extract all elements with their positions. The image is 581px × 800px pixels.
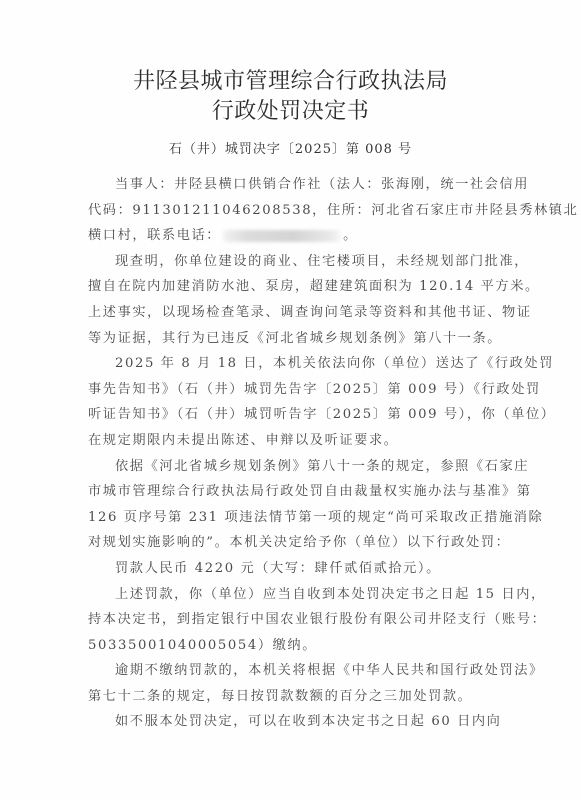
party-line-1: 当事人：井陉县横口供销合作社（法人：张海刚，统一社会信用 <box>88 172 488 198</box>
party-line-3-end: 。 <box>343 228 358 243</box>
basis-line-3: 126 页序号第 231 项违法情节第一项的规定“尚可采取改正措施消除 <box>88 505 488 531</box>
payment-line-1: 上述罚款，你（单位）应当自收到本处罚决定书之日起 15 日内， <box>88 582 488 608</box>
facts-line-1: 现查明，你单位建设的商业、住宅楼项目，未经规划部门批准， <box>88 249 488 275</box>
notice-line-4: 在规定期限内未提出陈述、申辩以及听证要求。 <box>88 428 488 454</box>
appeal-line-1: 如不服本处罚决定，可以在收到本决定书之日起 60 日内向 <box>88 709 488 735</box>
basis-line-2: 市城市管理综合行政执法局行政处罚自由裁量权实施办法与基准》第 <box>88 479 488 505</box>
notice-line-2: 事先告知书》（石（井）城罚先告字〔2025〕第 009 号）《行政处罚 <box>88 377 488 403</box>
redacted-phone-number <box>223 230 341 242</box>
notice-section: 2025 年 8 月 18 日，本机关依法向你（单位）送达了《行政处罚 事先告知… <box>88 351 488 453</box>
document-page: 井陉县城市管理综合行政执法局 行政处罚决定书 石（井）城罚决字〔2025〕第 0… <box>0 0 581 800</box>
document-type-title: 行政处罚决定书 <box>0 94 581 125</box>
party-section: 当事人：井陉县横口供销合作社（法人：张海刚，统一社会信用 代码：91130121… <box>88 172 488 249</box>
payment-section: 上述罚款，你（单位）应当自收到本处罚决定书之日起 15 日内， 持本决定书，到指… <box>88 582 488 659</box>
basis-line-4: 对规划实施影响的”。本机关决定给予你（单位）以下行政处罚： <box>88 530 488 556</box>
document-body: 当事人：井陉县横口供销合作社（法人：张海刚，统一社会信用 代码：91130121… <box>88 172 488 735</box>
phone-label: 横口村，联系电话： <box>88 228 221 243</box>
penalty-amount-line: 罚款人民币 4220 元（大写：肆仟贰佰贰拾元）。 <box>88 556 488 582</box>
penalty-section: 罚款人民币 4220 元（大写：肆仟贰佰贰拾元）。 <box>88 556 488 582</box>
late-line-1: 逾期不缴纳罚款的，本机关将根据《中华人民共和国行政处罚法》 <box>88 658 488 684</box>
facts-line-2: 擅自在院内加建消防水池、泵房，超建建筑面积为 120.14 平方米。 <box>88 274 488 300</box>
notice-line-3: 听证告知书》（石（井）城罚听告字〔2025〕第 009 号），你（单位） <box>88 402 488 428</box>
payment-account-line: 50335001040005054）缴纳。 <box>88 633 488 659</box>
appeal-section: 如不服本处罚决定，可以在收到本决定书之日起 60 日内向 <box>88 709 488 735</box>
party-line-2: 代码：911301211046208538，住所：河北省石家庄市井陉县秀林镇北 <box>88 198 488 224</box>
document-number: 石（井）城罚决字〔2025〕第 008 号 <box>0 138 581 157</box>
basis-line-1: 依据《河北省城乡规划条例》第八十一条的规定，参照《石家庄 <box>88 454 488 480</box>
issuing-authority-title: 井陉县城市管理综合行政执法局 <box>0 64 581 95</box>
party-line-3: 横口村，联系电话：。 <box>88 223 488 249</box>
late-line-2: 第七十二条的规定，每日按罚款数额的百分之三加处罚款。 <box>88 684 488 710</box>
facts-section: 现查明，你单位建设的商业、住宅楼项目，未经规划部门批准， 擅自在院内加建消防水池… <box>88 249 488 351</box>
payment-line-2: 持本决定书，到指定银行中国农业银行股份有限公司井陉支行（账号： <box>88 607 488 633</box>
legal-basis-section: 依据《河北省城乡规划条例》第八十一条的规定，参照《石家庄 市城市管理综合行政执法… <box>88 454 488 556</box>
late-payment-section: 逾期不缴纳罚款的，本机关将根据《中华人民共和国行政处罚法》 第七十二条的规定，每… <box>88 658 488 709</box>
facts-line-4: 等为证据，其行为已违反《河北省城乡规划条例》第八十一条。 <box>88 326 488 352</box>
facts-line-3: 上述事实，以现场检查笔录、调查询问笔录等资料和其他书证、物证 <box>88 300 488 326</box>
notice-line-1: 2025 年 8 月 18 日，本机关依法向你（单位）送达了《行政处罚 <box>88 351 488 377</box>
